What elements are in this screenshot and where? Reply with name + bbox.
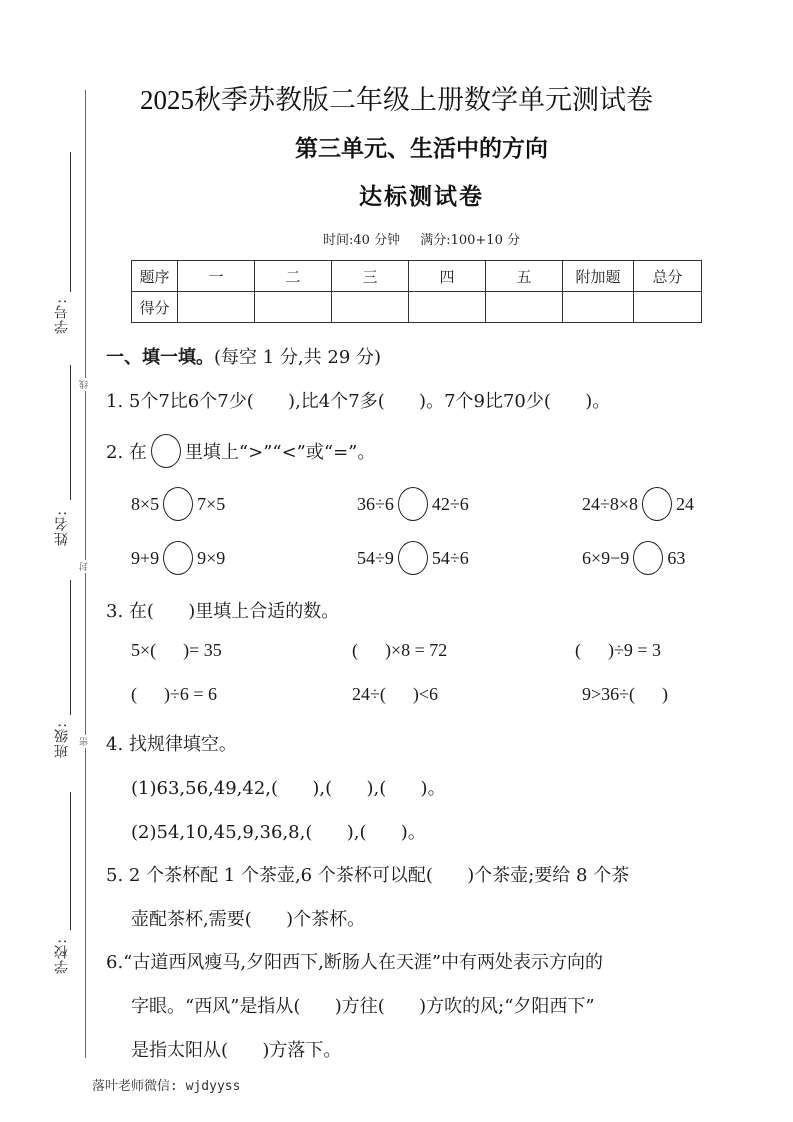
page-title: 2025秋季苏教版二年级上册数学单元测试卷	[0, 78, 793, 117]
col-2: 二	[255, 261, 332, 292]
score-table: 题序 一 二 三 四 五 附加题 总分 得分	[131, 260, 702, 323]
answer-circle[interactable]	[398, 487, 428, 521]
score-cell[interactable]	[409, 292, 486, 323]
question-6-line-3: 是指太阳从( )方落下。	[131, 1036, 341, 1062]
class-label: 班级:	[52, 722, 72, 758]
answer-circle[interactable]	[163, 541, 193, 575]
student-id-label: 学号:	[52, 298, 72, 334]
question-5-line-2: 壶配茶杯,需要( )个茶杯。	[131, 905, 365, 931]
binding-mark-seal: 封	[79, 560, 91, 573]
answer-circle[interactable]	[163, 487, 193, 521]
class-field-line	[70, 580, 71, 715]
question-2: 2. 在里填上“>”“<”或“=”。	[106, 436, 375, 470]
answer-circle[interactable]	[633, 541, 663, 575]
unit-title: 第三单元、生活中的方向	[0, 130, 793, 163]
compare-item: 54÷954÷6	[357, 543, 469, 577]
question-5-line-1: 5. 2 个茶杯配 1 个茶壶,6 个茶杯可以配( )个茶壶;要给 8 个茶	[106, 861, 629, 887]
school-label: 学校:	[52, 938, 72, 974]
footer-contact: 落叶老师微信: wjdyyss	[92, 1075, 240, 1094]
col-bonus: 附加题	[563, 261, 634, 292]
section-1-note: (每空 1 分,共 29 分)	[214, 347, 381, 368]
compare-item: 8×57×5	[131, 489, 225, 523]
name-field-line	[70, 365, 71, 500]
col-1: 一	[178, 261, 255, 292]
col-total: 总分	[634, 261, 702, 292]
score-table-header-row: 题序 一 二 三 四 五 附加题 总分	[132, 261, 702, 292]
compare-item: 24÷8×824	[582, 489, 694, 523]
compare-item: 36÷642÷6	[357, 489, 469, 523]
question-1: 1. 5个7比6个7少( ),比4个7多( )。7个9比70少( )。	[106, 387, 610, 413]
fill-item: ( )÷9 = 3	[575, 640, 661, 661]
col-5: 五	[486, 261, 563, 292]
q2-prefix: 2. 在	[106, 442, 147, 463]
question-4: 4. 找规律填空。	[106, 730, 237, 756]
compare-item: 9+99×9	[131, 543, 225, 577]
section-1-heading: 一、填一填。(每空 1 分,共 29 分)	[106, 343, 381, 369]
row-head-question: 题序	[132, 261, 178, 292]
score-cell[interactable]	[634, 292, 702, 323]
test-subtitle: 达标测试卷	[0, 178, 793, 211]
section-1-title: 一、填一填。	[106, 347, 214, 368]
pattern-item-1: (1)63,56,49,42,( ),( ),( )。	[131, 774, 446, 800]
score-cell[interactable]	[563, 292, 634, 323]
fill-item: 24÷( )<6	[352, 684, 438, 705]
time-limit: 时间:40 分钟	[323, 233, 400, 248]
student-id-field-line	[70, 152, 71, 292]
question-6-line-1: 6.“古道西风瘦马,夕阳西下,断肠人在天涯”中有两处表示方向的	[106, 948, 603, 974]
exam-meta: 时间:40 分钟 满分:100+10 分	[0, 229, 793, 248]
question-3: 3. 在( )里填上合适的数。	[106, 597, 339, 623]
school-field-line	[70, 792, 71, 930]
score-cell[interactable]	[486, 292, 563, 323]
question-6-line-2: 字眼。“西风”是指从( )方往( )方吹的风;“夕阳西下”	[131, 992, 595, 1018]
fill-item: 9>36÷( )	[582, 684, 668, 705]
q2-suffix: 里填上“>”“<”或“=”。	[185, 442, 375, 463]
full-score: 满分:100+10 分	[420, 233, 520, 248]
fill-item: ( )÷6 = 6	[131, 684, 217, 705]
compare-item: 6×9−963	[582, 543, 685, 577]
binding-mark-line: 线	[79, 378, 91, 391]
answer-circle[interactable]	[642, 487, 672, 521]
score-cell[interactable]	[178, 292, 255, 323]
fill-item: 5×( )= 35	[131, 640, 222, 661]
fill-item: ( )×8 = 72	[352, 640, 447, 661]
row-head-score: 得分	[132, 292, 178, 323]
answer-circle[interactable]	[398, 541, 428, 575]
score-cell[interactable]	[255, 292, 332, 323]
name-label: 姓名:	[52, 510, 72, 546]
binding-mark-secret: 密	[79, 735, 91, 748]
circle-icon	[151, 434, 181, 468]
col-3: 三	[332, 261, 409, 292]
col-4: 四	[409, 261, 486, 292]
score-table-score-row: 得分	[132, 292, 702, 323]
pattern-item-2: (2)54,10,45,9,36,8,( ),( )。	[131, 818, 426, 844]
score-cell[interactable]	[332, 292, 409, 323]
